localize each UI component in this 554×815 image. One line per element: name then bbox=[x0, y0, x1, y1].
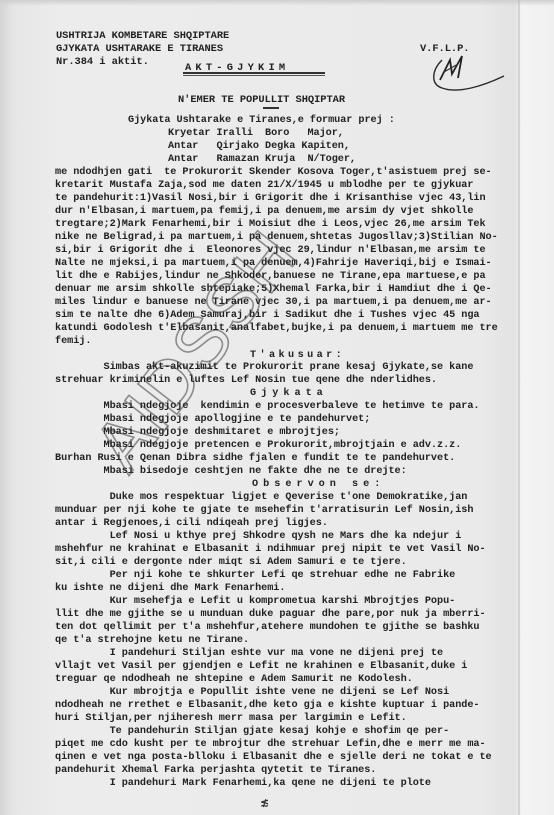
observes-line: antar i Regjenoes,i cili ndiqeah prej li… bbox=[55, 518, 328, 530]
court-line: Mbasi ndegjoje kendimin e procesverbalev… bbox=[55, 401, 479, 413]
body-line: sim te nalte dhe 6)Adem Samuraj,bir i Sa… bbox=[55, 310, 479, 322]
body-line: katundi Godolesh t'Elbasanit,analfabet,b… bbox=[55, 323, 498, 335]
court-line: Mbasi ndegjoje deshmitaret e mbrojtjes; bbox=[55, 427, 340, 439]
observes-line: Duke mos respektuar ligjet e Qeverise t'… bbox=[55, 492, 467, 504]
observes-line: munduar per nji kohe te gjate te msehefi… bbox=[55, 505, 473, 517]
observes-line: ndodheah ne rrethet e Elbasanit,dhe keto… bbox=[55, 700, 479, 712]
observes-line: I pandehuri Mark Fenarhemi,ka qene ne di… bbox=[55, 778, 431, 790]
observes-line: sit,i cili e dergonte nder miqt si Adem … bbox=[55, 557, 407, 569]
body-line: denuar me arsim shkolle shtepiake;5)Xhem… bbox=[55, 284, 492, 296]
subtitle-dash bbox=[263, 107, 279, 109]
observes-line: vllajt vet Vasil per gjendjen e Lefit ne… bbox=[55, 661, 467, 673]
observes-heading: Observon se: bbox=[252, 479, 385, 491]
court-line: Mbasi ndegjoje apollogjine e te pandehur… bbox=[55, 414, 370, 426]
observes-line: ku ishte ne dijeni dhe Mark Fenarhemi. bbox=[55, 583, 285, 595]
observes-line: Per nji kohe te shkurter Lefi qe strehua… bbox=[55, 570, 455, 582]
body-line: Nalte ne mjeksi,i pa martuem,i pa denuem… bbox=[55, 258, 492, 270]
act-number: Nr.384 i aktit. bbox=[56, 56, 149, 68]
body-line: lit dhe e Rabijes,lindur ne Shkoder,banu… bbox=[55, 271, 486, 283]
observes-line: mshehfur ne krahinat e Elbasanit i ndihm… bbox=[55, 544, 486, 556]
body-line: kretarit Mustafa Zaja,sod me daten 21/X/… bbox=[55, 180, 473, 192]
footer-mark: ≴ bbox=[260, 796, 269, 809]
observes-line: qe t'a strehojne ketu ne Tirane. bbox=[55, 635, 249, 647]
observes-line: Te pandehurin Stiljan gjate kesaj kohje … bbox=[55, 726, 449, 738]
court-member-2: Antar Qirjako Degka Kapiten, bbox=[168, 141, 350, 153]
title-underline-secondary bbox=[183, 75, 325, 76]
observes-line: I pandehuri Stiljan eshte vur ma vone ne… bbox=[55, 648, 443, 660]
accused-line: Simbas akt-akuzimit te Prokurorit prane … bbox=[55, 362, 473, 374]
observes-line: Kur mbrojtja e Popullit ishte vene ne di… bbox=[55, 687, 449, 699]
document-page: USHTRIJA KOMBETARE SHQIPTARE GJYKATA USH… bbox=[0, 0, 554, 815]
observes-line: ten dot qellimit per t'a mshehfur,ateher… bbox=[55, 622, 479, 634]
court-line: Mbasi ndegjoje pretencen e Prokurorit,mb… bbox=[55, 440, 461, 452]
body-line: me ndodhjen gati te Prokurorit Skender K… bbox=[55, 167, 492, 179]
body-line: miles lindur e banuese ne Tirane vjec 30… bbox=[55, 297, 492, 309]
org-line-1: USHTRIJA KOMBETARE SHQIPTARE bbox=[56, 30, 229, 42]
title-underline bbox=[183, 72, 325, 74]
org-line-2: GJYKATA USHTARAKE E TIRANES bbox=[56, 43, 223, 55]
court-member-3: Antar Ramazan Kruja N/Toger, bbox=[168, 154, 356, 166]
body-line: tregtare;2)Mark Fenarhemi,bir i Moisiut … bbox=[55, 219, 486, 231]
observes-line: Kur msehefja e Lefit u komprometua karsh… bbox=[55, 596, 455, 608]
body-line: femij. bbox=[55, 336, 91, 348]
observes-line: huri Stiljan,per njiheresh merr masa per… bbox=[55, 713, 407, 725]
accused-heading: T'akusuar: bbox=[250, 350, 345, 362]
signature-icon bbox=[428, 52, 508, 94]
accused-line: strehuar kriminelin e luftes Lef Nosin t… bbox=[55, 375, 437, 387]
court-line: Burhan Rusi e Qenan Dibra sidhe fjalen e… bbox=[55, 453, 455, 465]
observes-line: Lef Nosi u kthye prej Shkodre qysh ne Ma… bbox=[55, 531, 461, 543]
observes-line: piqet me cdo kusht per te mbrojtur dhe s… bbox=[55, 739, 486, 751]
observes-line: pandehurit Xhemal Farka perjashta qyteti… bbox=[55, 765, 376, 777]
court-heading: Gjykata bbox=[250, 388, 328, 400]
body-line: si,bir i Grigorit dhe i Eleonores vjec 2… bbox=[55, 245, 486, 257]
body-line: dur n'Elbasan,i martuem,pa femij,i pa de… bbox=[55, 206, 473, 218]
body-line: nike ne Beligrad,i pa martuem,i pa denue… bbox=[55, 232, 498, 244]
document-subtitle: N'EMER TE POPULLIT SHQIPTAR bbox=[178, 94, 345, 106]
observes-line: treguar qe ndodheah ne shtepine e Adem S… bbox=[55, 674, 413, 686]
observes-line: llit dhe me gjithe se u munduan duke pag… bbox=[55, 609, 486, 621]
court-line: Mbasi bisedoje ceshtjen ne fakte dhe ne … bbox=[55, 466, 407, 478]
body-line: te pandehurit:1)Vasil Nosi,bir i Grigori… bbox=[55, 193, 486, 205]
court-member-1: Kryetar Iralli Boro Major, bbox=[168, 128, 344, 140]
page-fold-line bbox=[518, 0, 520, 815]
observes-line: qinen e vet nga posta-blloku i Elbasanit… bbox=[55, 752, 492, 764]
page-top-edge bbox=[0, 0, 554, 6]
court-intro: Gjykata Ushtarake e Tiranes,e formuar pr… bbox=[128, 115, 395, 127]
